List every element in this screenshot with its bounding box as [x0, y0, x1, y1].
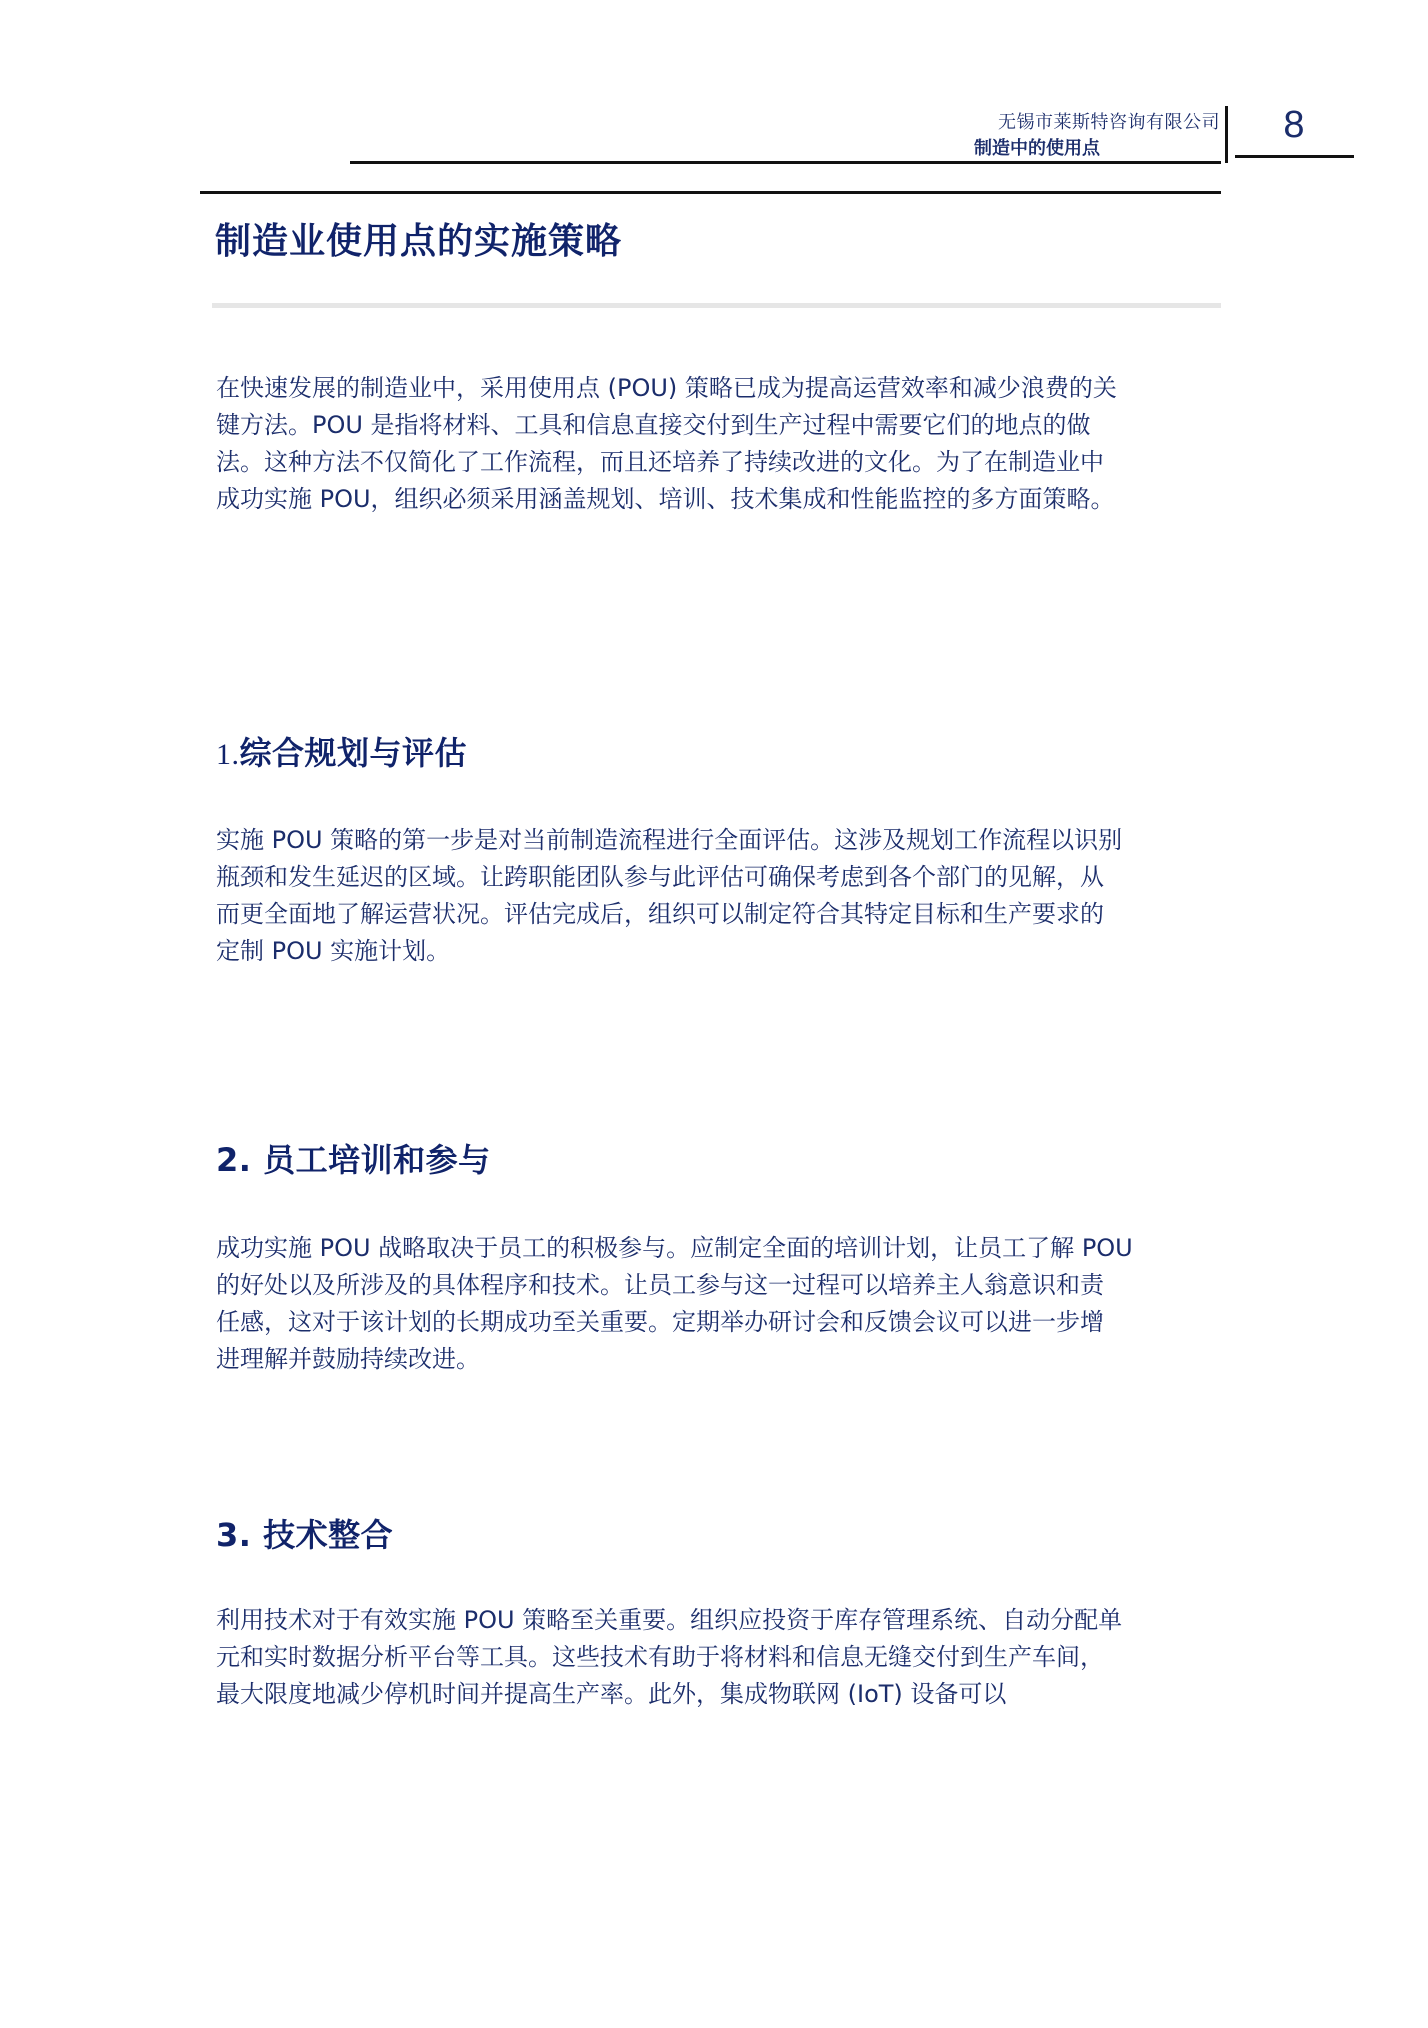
section-number: 3.	[216, 1516, 263, 1554]
text-line: 成功实施 POU 战略取决于员工的积极参与。应制定全面的培训计划，让员工了解 P…	[216, 1230, 1226, 1267]
section-2-paragraph: 成功实施 POU 战略取决于员工的积极参与。应制定全面的培训计划，让员工了解 P…	[216, 1230, 1226, 1378]
text-line: 在快速发展的制造业中，采用使用点 (POU) 策略已成为提高运营效率和减少浪费的…	[216, 370, 1226, 407]
text-line: 法。这种方法不仅简化了工作流程，而且还培养了持续改进的文化。为了在制造业中	[216, 444, 1226, 481]
section-title: 综合规划与评估	[240, 734, 468, 772]
text-line: 而更全面地了解运营状况。评估完成后，组织可以制定符合其特定目标和生产要求的	[216, 896, 1226, 933]
text-line: 定制 POU 实施计划。	[216, 933, 1226, 970]
section-number: 1.	[216, 738, 240, 771]
section-heading-2: 2. 员工培训和参与	[216, 1135, 491, 1181]
header-company-name: 无锡市莱斯特咨询有限公司	[998, 108, 1220, 134]
section-3-paragraph: 利用技术对于有效实施 POU 策略至关重要。组织应投资于库存管理系统、自动分配单…	[216, 1602, 1226, 1713]
text-line: 进理解并鼓励持续改进。	[216, 1341, 1226, 1378]
section-title: 员工培训和参与	[263, 1141, 491, 1179]
text-line: 利用技术对于有效实施 POU 策略至关重要。组织应投资于库存管理系统、自动分配单	[216, 1602, 1226, 1639]
text-line: 实施 POU 策略的第一步是对当前制造流程进行全面评估。这涉及规划工作流程以识别	[216, 822, 1226, 859]
section-number: 2.	[216, 1141, 263, 1179]
intro-paragraph: 在快速发展的制造业中，采用使用点 (POU) 策略已成为提高运营效率和减少浪费的…	[216, 370, 1226, 518]
header-vertical-divider	[1225, 106, 1228, 163]
text-line: 瓶颈和发生延迟的区域。让跨职能团队参与此评估可确保考虑到各个部门的见解，从	[216, 859, 1226, 896]
text-line: 成功实施 POU，组织必须采用涵盖规划、培训、技术集成和性能监控的多方面策略。	[216, 481, 1226, 518]
text-line: 最大限度地减少停机时间并提高生产率。此外，集成物联网 (IoT) 设备可以	[216, 1676, 1226, 1713]
header-section-title: 制造中的使用点	[974, 134, 1100, 160]
text-line: 键方法。POU 是指将材料、工具和信息直接交付到生产过程中需要它们的地点的做	[216, 407, 1226, 444]
document-page: 无锡市莱斯特咨询有限公司 制造中的使用点 8 制造业使用点的实施策略 在快速发展…	[0, 0, 1428, 2028]
title-divider	[212, 303, 1221, 308]
section-heading-1: 1.综合规划与评估	[216, 728, 467, 774]
section-heading-3: 3. 技术整合	[216, 1510, 393, 1556]
page-title: 制造业使用点的实施策略	[215, 213, 622, 264]
text-line: 任感，这对于该计划的长期成功至关重要。定期举办研讨会和反馈会议可以进一步增	[216, 1304, 1226, 1341]
header-rule-top	[350, 161, 1221, 164]
section-title: 技术整合	[263, 1516, 393, 1554]
page-number: 8	[1234, 104, 1354, 147]
section-1-paragraph: 实施 POU 策略的第一步是对当前制造流程进行全面评估。这涉及规划工作流程以识别…	[216, 822, 1226, 970]
header-rule-bottom	[200, 191, 1221, 194]
text-line: 元和实时数据分析平台等工具。这些技术有助于将材料和信息无缝交付到生产车间，	[216, 1639, 1226, 1676]
page-number-rule	[1235, 155, 1354, 158]
text-line: 的好处以及所涉及的具体程序和技术。让员工参与这一过程可以培养主人翁意识和责	[216, 1267, 1226, 1304]
